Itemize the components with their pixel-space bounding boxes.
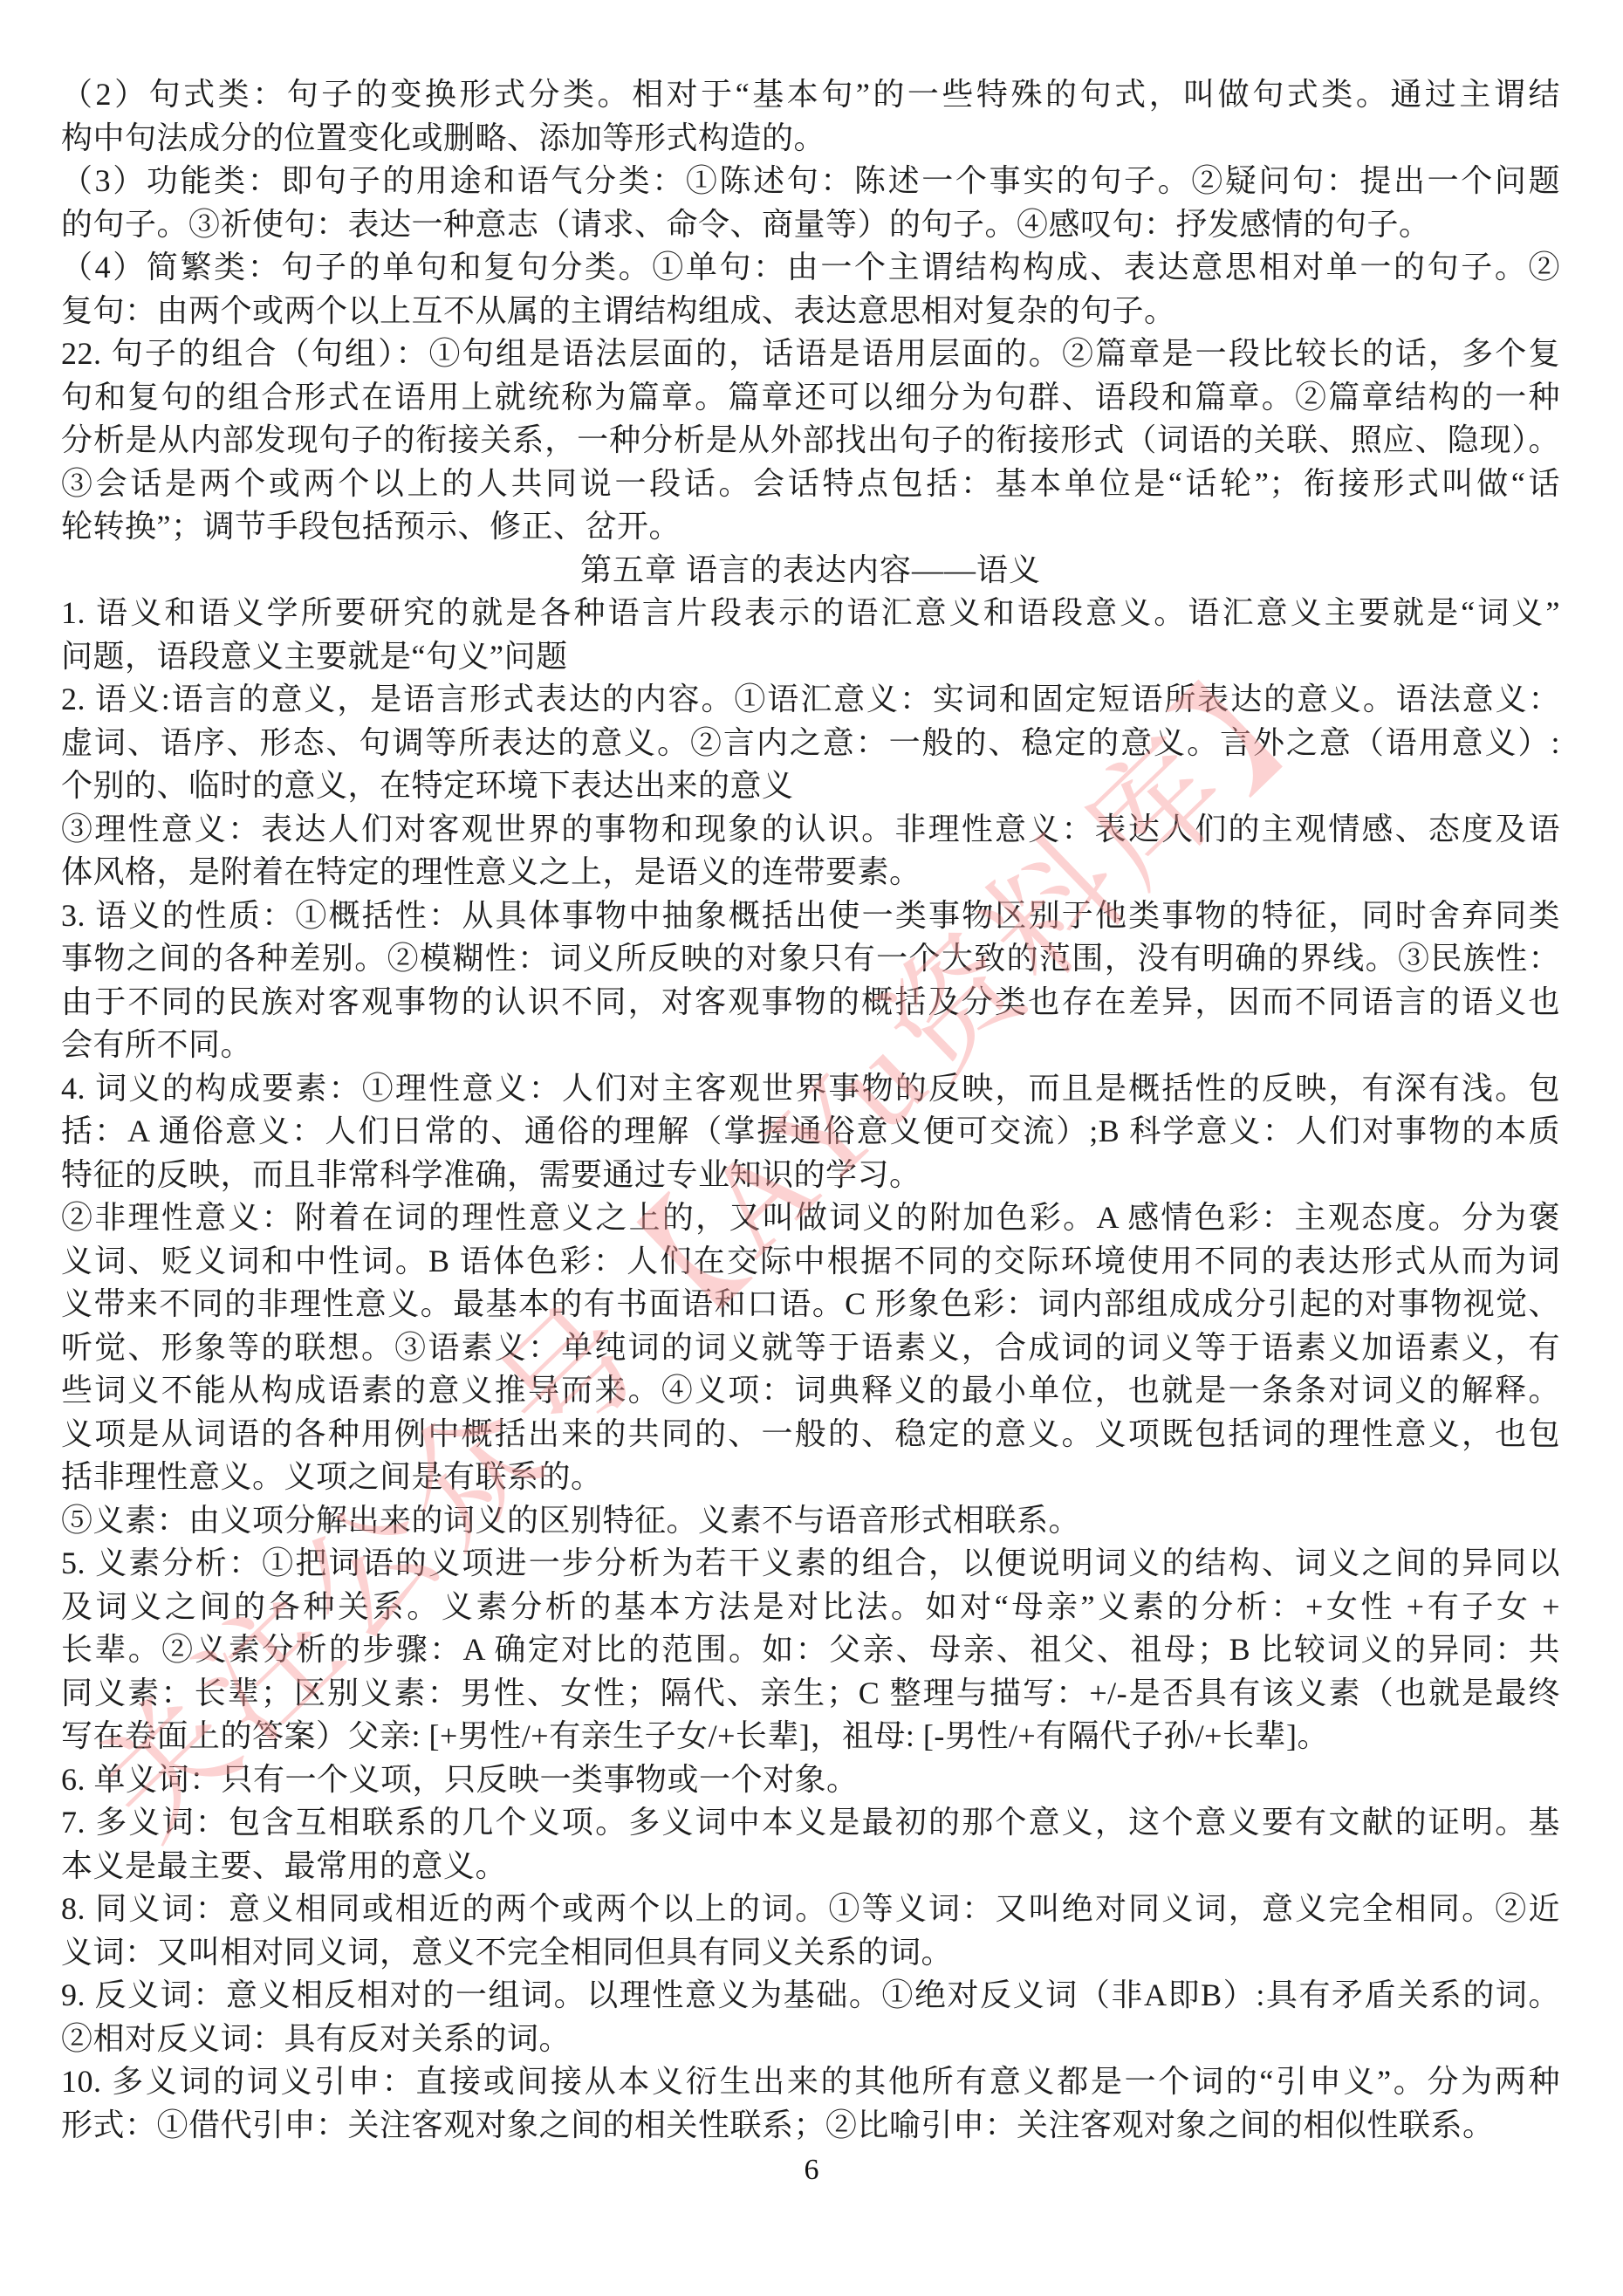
text-line: 义词、贬义词和中性词。B 语体色彩：人们在交际中根据不同的交际环境使用不同的表达… [61,1240,1560,1284]
text-line: 长辈。②义素分析的步骤：A 确定对比的范围。如：父亲、母亲、祖父、祖母；B 比较… [61,1628,1560,1672]
text-line: 本义是最主要、最常用的意义。 [61,1845,1560,1888]
text-line: ⑤义素：由义项分解出来的词义的区别特征。义素不与语音形式相联系。 [61,1499,1560,1543]
paragraph: 2. 语义:语言的意义，是语言形式表达的内容。①语汇意义：实词和固定短语所表达的… [61,678,1560,808]
paragraph: 4. 词义的构成要素：①理性意义：人们对主客观世界事物的反映，而且是概括性的反映… [61,1067,1560,1197]
text-line: 第五章 语言的表达内容——语义 [61,549,1560,593]
text-line: 括：A 通俗意义：人们日常的、通俗的理解（掌握通俗意义便可交流）;B 科学意义：… [61,1110,1560,1154]
paragraph: 8. 同义词：意义相同或相近的两个或两个以上的词。①等义词：又叫绝对同义词，意义… [61,1888,1560,1974]
text-line: 特征的反映，而且非常科学准确，需要通过专业知识的学习。 [61,1154,1560,1197]
text-line: 3. 语义的性质：①概括性：从具体事物中抽象概括出使一类事物区别于他类事物的特征… [61,894,1560,938]
paragraph: ⑤义素：由义项分解出来的词义的区别特征。义素不与语音形式相联系。 [61,1499,1560,1543]
text-line: 括非理性意义。义项之间是有联系的。 [61,1456,1560,1499]
document-body: （2）句式类：句子的变换形式分类。相对于“基本句”的一些特殊的句式，叫做句式类。… [61,73,1560,2147]
text-line: 些词义不能从构成语素的意义推导而来。④义项：词典释义的最小单位，也就是一条条对词… [61,1369,1560,1413]
paragraph: ③理性意义：表达人们对客观世界的事物和现象的认识。非理性意义：表达人们的主观情感… [61,808,1560,894]
text-line: 同义素：长辈；区别义素：男性、女性；隔代、亲生；C 整理与描写：+/-是否具有该… [61,1672,1560,1716]
text-line: （4）简繁类：句子的单句和复句分类。①单句：由一个主谓结构构成、表达意思相对单一… [61,246,1560,290]
text-line: 义词：又叫相对同义词，意义不完全相同但具有同义关系的词。 [61,1931,1560,1975]
chapter-heading: 第五章 语言的表达内容——语义 [61,549,1560,593]
text-line: 2. 语义:语言的意义，是语言形式表达的内容。①语汇意义：实词和固定短语所表达的… [61,678,1560,722]
text-line: 复句：由两个或两个以上互不从属的主谓结构组成、表达意思相对复杂的句子。 [61,290,1560,333]
text-line: 义带来不同的非理性意义。最基本的有书面语和口语。C 形象色彩：词内部组成成分引起… [61,1283,1560,1326]
text-line: 4. 词义的构成要素：①理性意义：人们对主客观世界事物的反映，而且是概括性的反映… [61,1067,1560,1111]
text-line: ③理性意义：表达人们对客观世界的事物和现象的认识。非理性意义：表达人们的主观情感… [61,808,1560,852]
paragraph: ②非理性意义：附着在词的理性意义之上的，又叫做词义的附加色彩。A 感情色彩：主观… [61,1196,1560,1499]
text-line: 个别的、临时的意义，在特定环境下表达出来的意义 [61,764,1560,808]
text-line: 分析是从内部发现句子的衔接关系，一种分析是从外部找出句子的衔接形式（词语的关联、… [61,419,1560,463]
paragraph: （3）功能类：即句子的用途和语气分类：①陈述句：陈述一个事实的句子。②疑问句：提… [61,160,1560,246]
text-line: ③会话是两个或两个以上的人共同说一段话。会话特点包括：基本单位是“话轮”；衔接形… [61,463,1560,506]
page-number: 6 [0,2154,1623,2187]
text-line: 5. 义素分析：①把词语的义项进一步分析为若干义素的组合，以便说明词义的结构、词… [61,1542,1560,1586]
text-line: 虚词、语序、形态、句调等所表达的意义。②言内之意：一般的、稳定的意义。言外之意（… [61,722,1560,765]
text-line: 10. 多义词的词义引申：直接或间接从本义衍生出来的其他所有意义都是一个词的“引… [61,2060,1560,2104]
text-line: 形式：①借代引申：关注客观对象之间的相关性联系；②比喻引申：关注客观对象之间的相… [61,2104,1560,2148]
text-line: （3）功能类：即句子的用途和语气分类：①陈述句：陈述一个事实的句子。②疑问句：提… [61,160,1560,203]
text-line: 22. 句子的组合（句组）：①句组是语法层面的，话语是语用层面的。②篇章是一段比… [61,332,1560,376]
text-line: 体风格，是附着在特定的理性意义之上，是语义的连带要素。 [61,851,1560,894]
text-line: 及词义之间的各种关系。义素分析的基本方法是对比法。如对“母亲”义素的分析：+女性… [61,1586,1560,1629]
text-line: 1. 语义和语义学所要研究的就是各种语言片段表示的语汇意义和语段意义。语汇意义主… [61,592,1560,635]
text-line: 轮转换”；调节手段包括预示、修正、岔开。 [61,505,1560,549]
paragraph: 22. 句子的组合（句组）：①句组是语法层面的，话语是语用层面的。②篇章是一段比… [61,332,1560,549]
paragraph: 5. 义素分析：①把词语的义项进一步分析为若干义素的组合，以便说明词义的结构、词… [61,1542,1560,1758]
text-line: ②相对反义词：具有反对关系的词。 [61,2018,1560,2061]
text-line: 由于不同的民族对客观事物的认识不同，对客观事物的概括及分类也存在差异，因而不同语… [61,981,1560,1025]
text-line: 事物之间的各种差别。②模糊性：词义所反映的对象只有一个大致的范围，没有明确的界线… [61,937,1560,981]
paragraph: 7. 多义词：包含互相联系的几个义项。多义词中本义是最初的那个意义，这个意义要有… [61,1801,1560,1888]
paragraph: 9. 反义词：意义相反相对的一组词。以理性意义为基础。①绝对反义词（非A即B）:… [61,1974,1560,2060]
text-line: 句和复句的组合形式在语用上就统称为篇章。篇章还可以细分为句群、语段和篇章。②篇章… [61,376,1560,420]
text-line: 的句子。③祈使句：表达一种意志（请求、命令、商量等）的句子。④感叹句：抒发感情的… [61,203,1560,247]
text-line: 9. 反义词：意义相反相对的一组词。以理性意义为基础。①绝对反义词（非A即B）:… [61,1974,1560,2018]
text-line: 7. 多义词：包含互相联系的几个义项。多义词中本义是最初的那个意义，这个意义要有… [61,1801,1560,1845]
paragraph: 6. 单义词：只有一个义项，只反映一类事物或一个对象。 [61,1758,1560,1802]
document-page: 关注公众号【AYu资料库】 （2）句式类：句子的变换形式分类。相对于“基本句”的… [0,0,1623,2296]
paragraph: （2）句式类：句子的变换形式分类。相对于“基本句”的一些特殊的句式，叫做句式类。… [61,73,1560,160]
text-line: 构中句法成分的位置变化或删略、添加等形式构造的。 [61,117,1560,161]
paragraph: 3. 语义的性质：①概括性：从具体事物中抽象概括出使一类事物区别于他类事物的特征… [61,894,1560,1067]
paragraph: （4）简繁类：句子的单句和复句分类。①单句：由一个主谓结构构成、表达意思相对单一… [61,246,1560,332]
text-line: 8. 同义词：意义相同或相近的两个或两个以上的词。①等义词：又叫绝对同义词，意义… [61,1888,1560,1931]
text-line: （2）句式类：句子的变换形式分类。相对于“基本句”的一些特殊的句式，叫做句式类。… [61,73,1560,117]
text-line: 义项是从词语的各种用例中概括出来的共同的、一般的、稳定的意义。义项既包括词的理性… [61,1413,1560,1456]
text-line: 写在卷面上的答案）父亲: [+男性/+有亲生子女/+长辈]，祖母: [-男性/+… [61,1715,1560,1758]
text-line: 问题，语段意义主要就是“句义”问题 [61,635,1560,679]
text-line: ②非理性意义：附着在词的理性意义之上的，又叫做词义的附加色彩。A 感情色彩：主观… [61,1196,1560,1240]
text-line: 听觉、形象等的联想。③语素义：单纯词的词义就等于语素义，合成词的词义等于语素义加… [61,1326,1560,1370]
text-line: 会有所不同。 [61,1024,1560,1067]
paragraph: 1. 语义和语义学所要研究的就是各种语言片段表示的语汇意义和语段意义。语汇意义主… [61,592,1560,678]
text-line: 6. 单义词：只有一个义项，只反映一类事物或一个对象。 [61,1758,1560,1802]
paragraph: 10. 多义词的词义引申：直接或间接从本义衍生出来的其他所有意义都是一个词的“引… [61,2060,1560,2147]
